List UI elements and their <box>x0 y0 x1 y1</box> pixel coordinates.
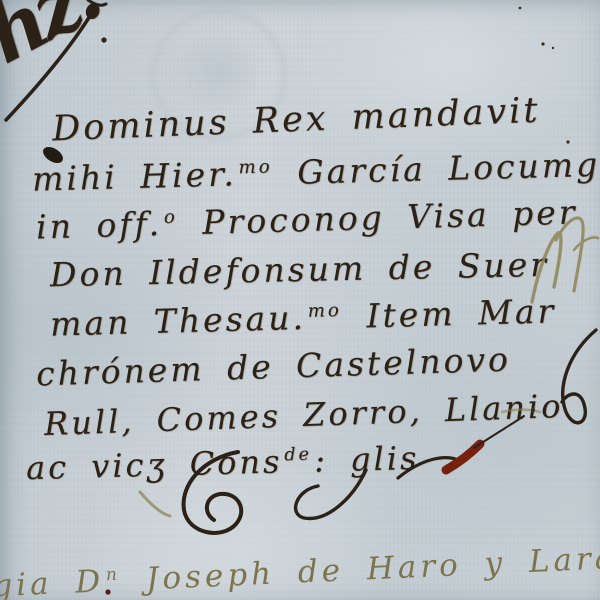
manuscript-line-6: chrónem de Castelnovo <box>36 340 512 394</box>
manuscript-line-1: Dominus Rex mandavit <box>51 91 541 150</box>
manuscript-line-2: mihi Hier.mo García Locumge <box>32 144 600 198</box>
manuscript-line-4: Don Ildefonsum de Suer <box>50 245 550 294</box>
right-edge-stroke <box>562 330 596 423</box>
manuscript-line-5: man Thesau.mo Item Mar <box>50 291 557 343</box>
corner-flourish-fragment: hz. <box>0 0 111 82</box>
manuscript-line-7: Rull, Comes Zorro, Llanio <box>43 387 564 443</box>
manuscript-line-3: in off.o Proconog Visa per <box>36 192 578 246</box>
watermark-ghost <box>178 34 258 110</box>
ink-blob-red <box>446 444 480 470</box>
manuscript-line-8: ac vicʒ Consde: glis <box>26 439 420 487</box>
manuscript-line-9: gia Dn Joseph de Haro y Lara, mil <box>0 536 600 600</box>
manuscript-photo: hz. Dominus Rex mandavitmihi Hier.mo Gar… <box>0 0 600 600</box>
